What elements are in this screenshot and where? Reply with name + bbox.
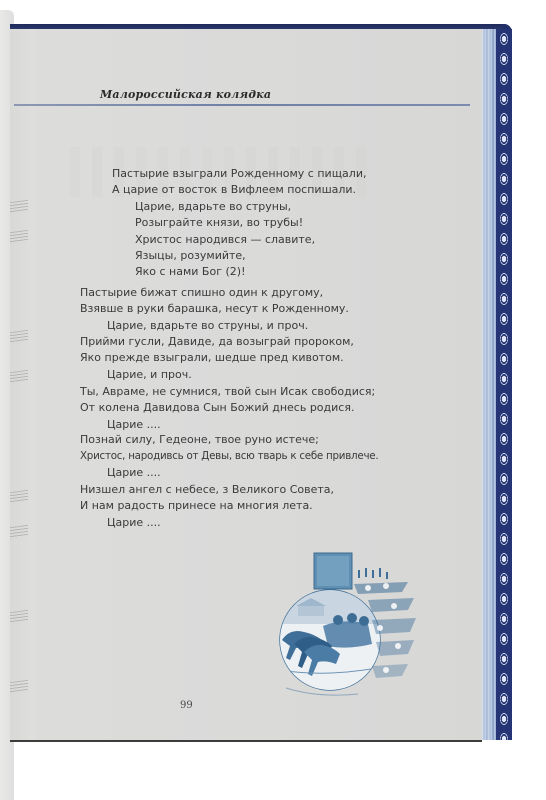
verse-refrain-line: Царие .... xyxy=(107,417,161,433)
verse-refrain-line: Царие .... xyxy=(107,515,161,531)
verse-line: Пастырие бижат спишно один к другому, xyxy=(80,285,323,301)
verse-refrain-line: Яко с нами Бог (2)! xyxy=(135,264,245,280)
verse-line: Низшел ангел с небесе, з Великого Совета… xyxy=(80,482,334,498)
troika-illustration xyxy=(268,548,418,713)
verse-refrain-line: Царие, вдарьте во струны, xyxy=(135,199,291,215)
verse-refrain-line: Царие .... xyxy=(107,465,161,481)
verse-line: Ты, Авраме, не сумнися, твой сын Исак св… xyxy=(80,384,375,400)
page-number: 99 xyxy=(180,700,193,711)
troika-vignette-icon xyxy=(268,548,418,713)
verse-refrain-line: Розыграйте князи, во трубы! xyxy=(135,215,303,231)
verse-refrain-line: Царие, вдарьте во струны, и проч. xyxy=(107,318,308,334)
verse-line: От колена Давидова Сын Божий днесь родис… xyxy=(80,400,354,416)
page-fore-edge xyxy=(482,29,496,740)
verse-line: И нам радость принесе на многия лета. xyxy=(80,498,313,514)
verse-line: Яко прежде взыграли, шедше пред кивотом. xyxy=(80,350,344,366)
verse-refrain-line: Царие, и проч. xyxy=(107,367,192,383)
verse-line: Пастырие взыграли Рожденному с пищали, xyxy=(112,166,366,182)
ornamental-cover-border xyxy=(496,29,512,740)
verse-refrain-line: Языцы, розумийте, xyxy=(135,248,246,264)
verse-refrain-line: Христос народився — славите, xyxy=(135,232,315,248)
verse-line: Взявше в руки барашка, несут к Рожденном… xyxy=(80,301,349,317)
verse-line: Прийми гусли, Давиде, да возыграй пророк… xyxy=(80,334,354,350)
verse-line: А царие от восток в Вифлеем поспишали. xyxy=(112,182,356,198)
verse-line: Христос, народивсь от Девы, всю тварь к … xyxy=(80,448,378,464)
verse-line: Познай силу, Гедеоне, твое руно истече; xyxy=(80,432,319,448)
